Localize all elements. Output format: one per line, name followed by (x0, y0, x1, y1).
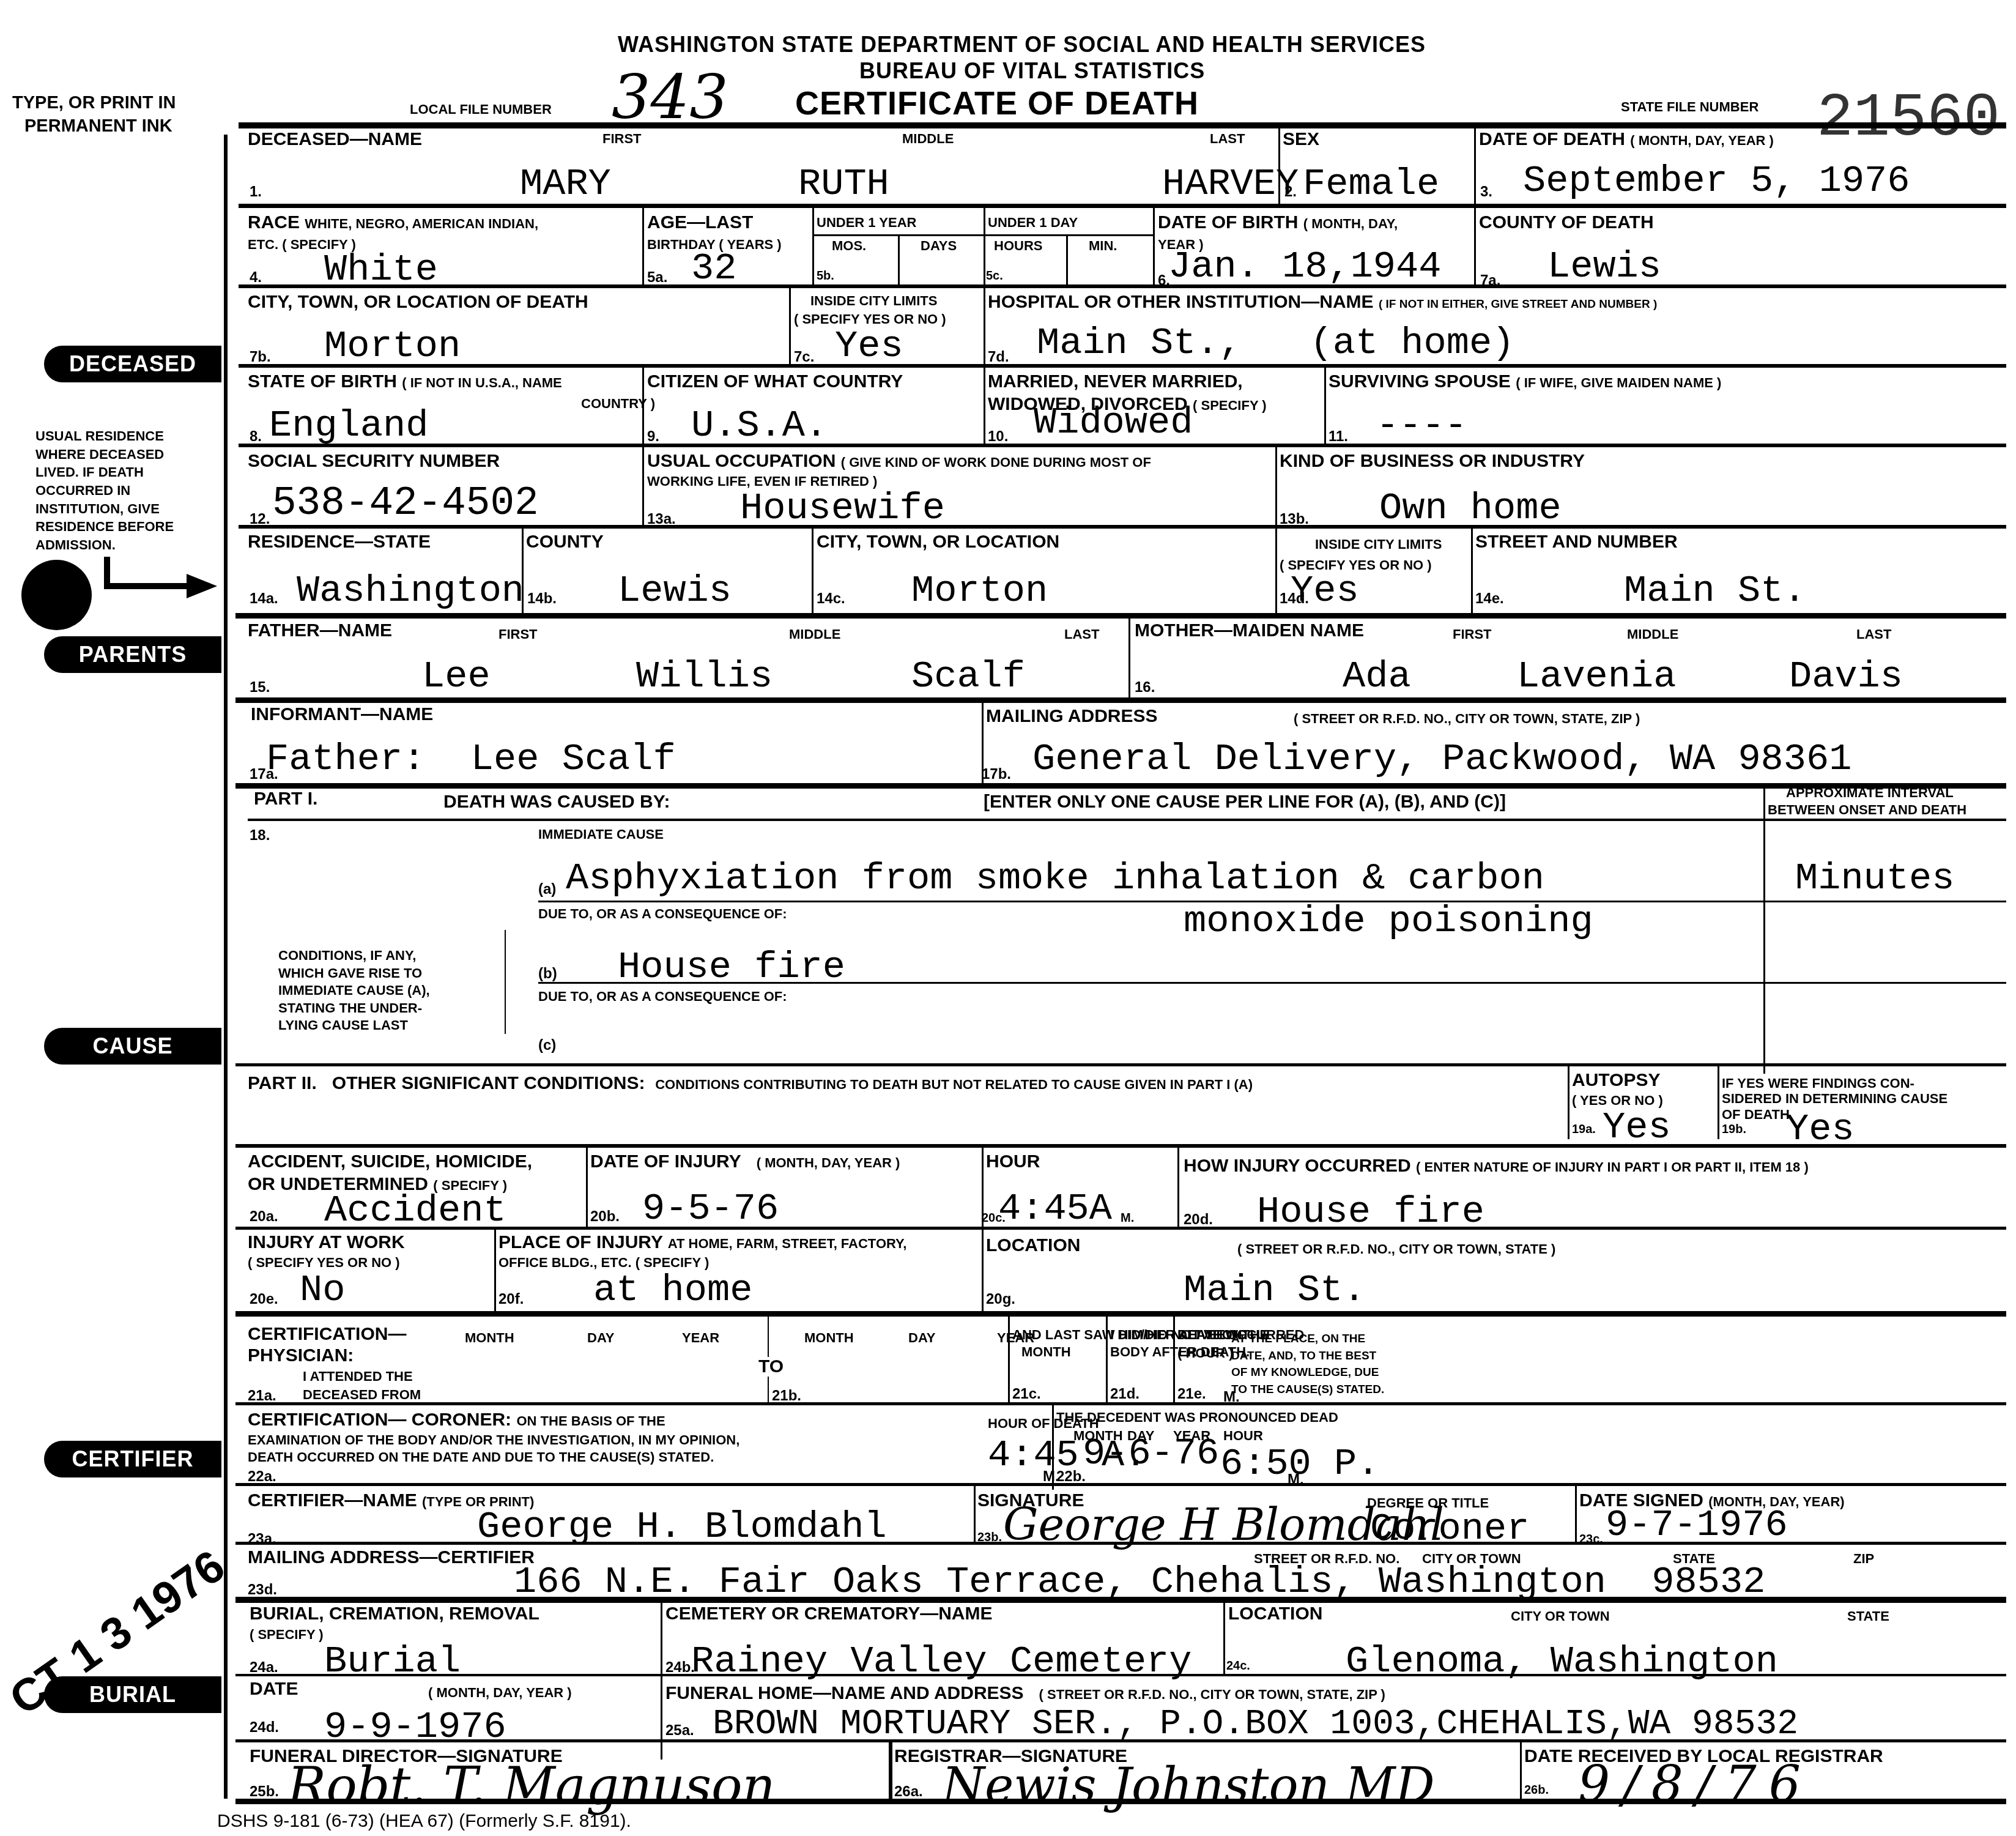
item-number: 8. (250, 428, 262, 445)
burial-location-label: LOCATION (1228, 1604, 1322, 1624)
item-number: 20b. (590, 1208, 620, 1225)
label-hint: ( SPECIFY ) (1193, 398, 1267, 413)
informant-mailing-address: General Delivery, Packwood, WA 98361 (1032, 740, 1851, 778)
marital-status: Widowed (1034, 404, 1193, 442)
deceased-from-label: DECEASED FROM (303, 1388, 421, 1402)
note-line: USUAL RESIDENCE (35, 427, 174, 445)
hospital-value: Main St., (at home) (1037, 324, 1514, 362)
part-2-label: PART II. OTHER SIGNIFICANT CONDITIONS: C… (248, 1074, 1253, 1093)
middle-label: MIDDLE (902, 132, 954, 146)
note-line: INSTITUTION, GIVE (35, 500, 174, 518)
age-label: AGE—LAST (647, 213, 753, 232)
label-text: DATE OF BIRTH (1158, 212, 1298, 232)
item-number: 2. (1284, 184, 1297, 201)
item-number: 4. (250, 269, 262, 286)
label-hint: ( MONTH, DAY, YEAR ) (1630, 133, 1774, 148)
item-number: 24c. (1226, 1659, 1250, 1673)
funeral-home-label: FUNERAL HOME—NAME AND ADDRESS ( STREET O… (665, 1684, 1385, 1703)
cause-a: Asphyxiation from smoke inhalation & car… (566, 860, 1544, 898)
injury-hour-label: HOUR (986, 1152, 1040, 1172)
marital-label: MARRIED, NEVER MARRIED, (988, 372, 1243, 392)
injury-at-work-label: INJURY AT WORK (248, 1233, 405, 1252)
coroner-cert-label: CERTIFICATION— CORONER: ON THE BASIS OF … (248, 1410, 665, 1430)
instruction-line: PERMANENT INK (12, 115, 176, 138)
tab-cause: CAUSE (44, 1028, 221, 1065)
cause-b: House fire (618, 948, 845, 986)
date-received: 9/8/76 (1578, 1756, 1813, 1814)
mother-name-label: MOTHER—MAIDEN NAME (1135, 621, 1364, 641)
father-name-label: FATHER—NAME (248, 621, 392, 641)
item-number: 7b. (250, 349, 271, 366)
informant-mailing-label: MAILING ADDRESS (986, 707, 1158, 726)
item-number: 20f. (498, 1291, 524, 1308)
item-number: 5a. (647, 269, 667, 286)
cause-c-marker: (c) (538, 1037, 556, 1054)
item-number: 26b. (1524, 1783, 1549, 1797)
note-line: ADMISSION. (35, 536, 174, 554)
conditions-note: CONDITIONS, IF ANY, WHICH GAVE RISE TO I… (278, 947, 430, 1035)
father-last: Scalf (911, 658, 1025, 696)
middle-label: MIDDLE (1627, 627, 1678, 641)
punch-hole-marker (21, 560, 92, 630)
note-line: IMMEDIATE CAUSE (a), (278, 982, 430, 1000)
item-number: 15. (250, 679, 270, 696)
sex-label: SEX (1283, 130, 1319, 149)
note-line: RESIDENCE BEFORE (35, 518, 174, 536)
surviving-spouse: ---- (1376, 407, 1467, 445)
label-text: USUAL OCCUPATION (647, 451, 836, 471)
certifier-mailing-label: MAILING ADDRESS—CERTIFIER (248, 1548, 535, 1567)
item-number: 14b. (527, 590, 557, 608)
item-number: 9. (647, 428, 659, 445)
tab-certifier: CERTIFIER (44, 1441, 221, 1477)
last-label: LAST (1856, 627, 1891, 641)
months-label: MOS. (832, 239, 866, 253)
autopsy-label: AUTOPSY (1572, 1071, 1660, 1090)
interval-label: APPROXIMATE INTERVAL (1786, 786, 1954, 800)
residence-street-label: STREET AND NUMBER (1475, 532, 1678, 552)
item-number: 5c. (986, 269, 1003, 283)
under-1-year-label: UNDER 1 YEAR (817, 215, 916, 229)
city-of-death-label: CITY, TOWN, OR LOCATION OF DEATH (248, 292, 588, 312)
middle-label: MIDDLE (789, 627, 840, 641)
father-first: Lee (422, 658, 491, 696)
label-text: DATE OF INJURY (590, 1151, 741, 1172)
how-injury-value: House fire (1257, 1193, 1484, 1231)
note-line: WHICH GAVE RISE TO (278, 965, 430, 983)
tab-deceased: DECEASED (44, 346, 221, 382)
injury-location: Main St. (1184, 1271, 1366, 1309)
disposition-label: BURIAL, CREMATION, REMOVAL (250, 1604, 539, 1624)
label-text: OTHER SIGNIFICANT CONDITIONS: (332, 1073, 645, 1093)
informant-label: INFORMANT—NAME (251, 705, 433, 724)
month-label: MONTH (804, 1331, 854, 1345)
due-to-label: DUE TO, OR AS A CONSEQUENCE OF: (538, 989, 787, 1003)
label-hint: CITY OR TOWN (1511, 1609, 1610, 1623)
label-text: HOW INJURY OCCURRED (1184, 1156, 1411, 1176)
label-text: SIDERED IN DETERMINING CAUSE (1722, 1091, 1947, 1106)
item-number: 16. (1135, 679, 1155, 696)
coroner-text: DEATH OCCURRED ON THE DATE AND DUE TO TH… (248, 1450, 714, 1464)
label-hint: ( MONTH, DAY, (1303, 216, 1398, 231)
label-hint: ( STREET OR R.F.D. NO., CITY OR TOWN, ST… (1237, 1242, 1555, 1256)
manner-value: Accident (324, 1192, 506, 1230)
physician-cert-label: CERTIFICATION— (248, 1325, 406, 1344)
month-label: MONTH (465, 1331, 514, 1345)
residence-city-label: CITY, TOWN, OR LOCATION (817, 532, 1059, 552)
date-of-birth: Jan. 18,1944 (1168, 248, 1441, 286)
race-label: RACE WHITE, NEGRO, AMERICAN INDIAN, (248, 213, 538, 232)
cause-statement: AT THE PLACE, ON THE DATE, AND, TO THE B… (1231, 1331, 1384, 1398)
autopsy-value: Yes (1603, 1109, 1671, 1147)
date-of-death: September 5, 1976 (1523, 162, 1910, 200)
label-hint: ( ENTER NATURE OF INJURY IN PART I OR PA… (1416, 1159, 1809, 1175)
dob-label: DATE OF BIRTH ( MONTH, DAY, (1158, 213, 1398, 232)
interval-a: Minutes (1795, 860, 1954, 898)
last-label: LAST (1210, 132, 1245, 146)
item-number: 19a. (1572, 1123, 1596, 1137)
note-line: WHERE DECEASED (35, 445, 174, 464)
spouse-label: SURVIVING SPOUSE ( IF WIFE, GIVE MAIDEN … (1329, 372, 1721, 392)
bureau-title: BUREAU OF VITAL STATISTICS (859, 58, 1205, 84)
label-text: CERTIFICATION— CORONER: (248, 1410, 511, 1430)
injury-date: 9-5-76 (642, 1190, 779, 1228)
item-number: 21d. (1110, 1386, 1140, 1403)
label-hint: CONDITIONS CONTRIBUTING TO DEATH BUT NOT… (655, 1077, 1253, 1092)
due-to-label: DUE TO, OR AS A CONSEQUENCE OF: (538, 907, 787, 921)
sex-value: Female (1303, 165, 1439, 203)
statement-line: AT THE PLACE, ON THE (1231, 1331, 1384, 1348)
injury-at-work: No (300, 1271, 345, 1309)
informant-value: Father: Lee Scalf (266, 740, 676, 778)
residence-inside-city-label: INSIDE CITY LIMITS (1315, 537, 1442, 551)
birthplace-label: STATE OF BIRTH ( IF NOT IN U.S.A., NAME (248, 372, 562, 392)
cause-a-continued: monoxide poisoning (1184, 902, 1593, 940)
first-label: FIRST (1453, 627, 1492, 641)
label-hint: ( GIVE KIND OF WORK DONE DURING MOST OF (841, 455, 1151, 470)
coroner-text: EXAMINATION OF THE BODY AND/OR THE INVES… (248, 1433, 739, 1447)
item-number: 17b. (982, 766, 1011, 783)
label-text: SURVIVING SPOUSE (1329, 371, 1511, 392)
occupation-label: USUAL OCCUPATION ( GIVE KIND OF WORK DON… (647, 452, 1151, 471)
label-hint: ( MONTH, DAY, YEAR ) (428, 1685, 572, 1700)
ssn-label: SOCIAL SECURITY NUMBER (248, 452, 500, 471)
to-label: TO (758, 1357, 784, 1377)
certifier-mailing-address: 166 N.E. Fair Oaks Terrace, Chehalis, Wa… (514, 1563, 1765, 1601)
business-label: KIND OF BUSINESS OR INDUSTRY (1280, 452, 1585, 471)
label-hint: ( IF NOT IN EITHER, GIVE STREET AND NUMB… (1379, 298, 1657, 311)
label-hint: ( IF NOT IN U.S.A., NAME (402, 375, 562, 390)
caused-by-label: DEATH WAS CAUSED BY: (443, 792, 670, 812)
ssn-value: 538-42-4502 (272, 483, 539, 524)
item-number: 14e. (1475, 590, 1504, 608)
item-number: 25a. (665, 1722, 694, 1739)
note-line: CONDITIONS, IF ANY, (278, 947, 430, 965)
label-hint: ( IF WIFE, GIVE MAIDEN NAME ) (1516, 375, 1721, 390)
note-line: LIVED. IF DEATH (35, 463, 174, 481)
label-hint: OFFICE BLDG., ETC. ( SPECIFY ) (498, 1255, 709, 1269)
place-of-injury-label: PLACE OF INJURY AT HOME, FARM, STREET, F… (498, 1233, 906, 1252)
manner-label: ACCIDENT, SUICIDE, HOMICIDE, (248, 1152, 532, 1172)
findings-value: Yes (1786, 1110, 1855, 1148)
pronounced-dead-label: THE DECEDENT WAS PRONOUNCED DEAD (1056, 1410, 1338, 1424)
label-hint: ( SPECIFY ) (250, 1627, 324, 1641)
label-text: CERTIFIER—NAME (248, 1490, 417, 1511)
label-hint: WHITE, NEGRO, AMERICAN INDIAN, (305, 216, 538, 231)
label-text: FUNERAL HOME—NAME AND ADDRESS (665, 1683, 1024, 1703)
label-text: PLACE OF INJURY (498, 1232, 662, 1252)
tab-parents: PARENTS (44, 636, 221, 673)
state-of-birth: England (269, 407, 428, 445)
date-signed: 9-7-1976 (1606, 1506, 1788, 1544)
residence-county-label: COUNTY (526, 532, 604, 552)
statement-line: DATE, AND, TO THE BEST (1231, 1348, 1384, 1365)
label-hint: ON THE BASIS OF THE (516, 1413, 665, 1429)
residence-state-label: RESIDENCE—STATE (248, 532, 431, 552)
certificate-title: CERTIFICATE OF DEATH (795, 84, 1199, 122)
am-pm-suffix: M. (1121, 1211, 1134, 1225)
item-number: 1. (250, 184, 262, 201)
injury-date-label: DATE OF INJURY ( MONTH, DAY, YEAR ) (590, 1152, 900, 1172)
note-line: OCCURRED IN (35, 481, 174, 500)
label-hint: ( MONTH, DAY, YEAR ) (757, 1155, 900, 1170)
under-1-day-label: UNDER 1 DAY (988, 215, 1078, 229)
deceased-name-label: DECEASED—NAME (248, 130, 422, 149)
residence-note: USUAL RESIDENCE WHERE DECEASED LIVED. IF… (35, 427, 174, 554)
inside-city-value: Yes (835, 327, 903, 365)
residence-street: Main St. (1624, 572, 1806, 610)
label-hint: ( SPECIFY YES OR NO ) (248, 1255, 400, 1269)
part-1-label: PART I. (254, 789, 317, 809)
item-number: 14a. (250, 590, 278, 608)
cause-a-marker: (a) (538, 881, 556, 898)
dod-label: DATE OF DEATH ( MONTH, DAY, YEAR ) (1479, 130, 1774, 149)
item-number: 20e. (250, 1291, 278, 1308)
mother-first: Ada (1343, 658, 1411, 696)
cemetery-label: CEMETERY OR CREMATORY—NAME (665, 1604, 992, 1624)
place-of-injury: at home (593, 1271, 752, 1309)
item-number: 20g. (986, 1291, 1015, 1308)
item-number: 3. (1480, 184, 1492, 201)
city-of-death: Morton (324, 327, 461, 365)
item-number: 18. (250, 827, 270, 844)
item-number: 21e. (1177, 1386, 1206, 1403)
item-number: 7d. (988, 349, 1009, 366)
hours-label: HOURS (994, 239, 1042, 253)
days-label: DAYS (921, 239, 957, 253)
cause-b-marker: (b) (538, 965, 557, 983)
county-of-death: Lewis (1547, 248, 1661, 286)
state-file-label: STATE FILE NUMBER (1621, 100, 1758, 114)
item-number: 24d. (250, 1719, 279, 1736)
ink-instruction: TYPE, OR PRINT IN PERMANENT INK (12, 92, 176, 138)
label-text: RACE (248, 212, 300, 232)
label-text: DATE OF DEATH (1479, 129, 1625, 149)
inside-city-label: INSIDE CITY LIMITS (810, 294, 937, 308)
age-value: 32 (691, 250, 736, 288)
statement-line: TO THE CAUSE(S) STATED. (1231, 1381, 1384, 1399)
first-label: FIRST (498, 627, 538, 641)
one-cause-instruction: [ENTER ONLY ONE CAUSE PER LINE FOR (a), … (984, 792, 1506, 812)
label-hint: AT HOME, FARM, STREET, FACTORY, (668, 1236, 907, 1251)
funeral-director-signature: Robt. T. Magnuson (287, 1756, 776, 1816)
registrar-signature: Newis Johnston MD (942, 1757, 1435, 1814)
minutes-label: MIN. (1089, 239, 1117, 253)
item-number: 26a. (894, 1783, 923, 1801)
certifier-name: George H. Blomdahl (477, 1508, 887, 1546)
state-file-number: 21560 (1817, 89, 2000, 150)
label-text: IF YES WERE FINDINGS CON- (1722, 1076, 1947, 1091)
label-text: HOSPITAL OR OTHER INSTITUTION—NAME (988, 292, 1374, 312)
item-number: 11. (1329, 428, 1348, 445)
item-number: 25b. (250, 1783, 279, 1801)
label-hint: ( STREET OR R.F.D. NO., CITY OR TOWN, ST… (1294, 712, 1640, 726)
residence-state: Washington (297, 572, 524, 610)
instruction-line: TYPE, OR PRINT IN (12, 92, 176, 115)
citizen-label: CITIZEN OF WHAT COUNTRY (647, 372, 903, 392)
citizenship-value: U.S.A. (691, 407, 828, 445)
item-number: 14c. (817, 590, 845, 608)
burial-date-label: DATE (250, 1679, 298, 1699)
pronounced-date: 9-6-76 (1083, 1435, 1219, 1473)
immediate-cause-label: IMMEDIATE CAUSE (538, 827, 664, 841)
interval-label-2: BETWEEN ONSET AND DEATH (1768, 803, 1966, 817)
item-number: 19b. (1722, 1123, 1746, 1137)
item-number: 7c. (794, 349, 814, 366)
day-label: DAY (908, 1331, 935, 1345)
year-label: YEAR (682, 1331, 719, 1345)
arrow-icon (101, 557, 223, 609)
label-text: PART II. (248, 1073, 317, 1093)
item-number: 21c. (1012, 1386, 1041, 1403)
residence-county: Lewis (618, 572, 732, 610)
item-number: 23d. (248, 1581, 277, 1599)
injury-location-label: LOCATION (986, 1236, 1080, 1255)
funeral-home-value: BROWN MORTUARY SER., P.O.BOX 1003,CHEHAL… (713, 1707, 1798, 1742)
deceased-first-name: MARY (520, 165, 611, 203)
item-number: 23a. (248, 1531, 276, 1548)
statement-line: OF MY KNOWLEDGE, DUE (1231, 1364, 1384, 1381)
physician-label: PHYSICIAN: (248, 1346, 354, 1366)
deceased-middle-name: RUTH (798, 165, 889, 203)
race-value: White (324, 251, 438, 289)
item-number: 5b. (817, 269, 834, 283)
note-line: STATING THE UNDER- (278, 1000, 430, 1017)
attended-label: I ATTENDED THE (303, 1369, 413, 1383)
item-number: 20d. (1184, 1211, 1213, 1228)
hour-label: HOUR (1223, 1429, 1263, 1443)
label-hint: ( STREET OR R.F.D. NO., CITY OR TOWN, ST… (1039, 1687, 1385, 1702)
note-line: LYING CAUSE LAST (278, 1017, 430, 1035)
father-middle: Willis (636, 658, 773, 696)
hospital-label: HOSPITAL OR OTHER INSTITUTION—NAME ( IF … (988, 292, 1657, 312)
label-hint: ( HOUR ) (1177, 1346, 1234, 1360)
mother-last: Davis (1789, 658, 1903, 696)
residence-inside-city: Yes (1291, 572, 1359, 610)
county-label: COUNTY OF DEATH (1479, 213, 1654, 232)
label-hint: STATE (1847, 1609, 1889, 1623)
label-hint: ZIP (1853, 1552, 1874, 1566)
item-number: 20a. (250, 1208, 278, 1225)
first-label: FIRST (602, 132, 642, 146)
form-footer: DSHS 9-181 (6-73) (HEA 67) (Formerly S.F… (217, 1811, 631, 1832)
label-text: STATE OF BIRTH (248, 371, 397, 392)
occupation-value: Housewife (740, 489, 945, 527)
mother-middle: Lavenia (1517, 658, 1676, 696)
injury-hour: 4:45A (998, 1190, 1112, 1228)
business-value: Own home (1379, 489, 1562, 527)
last-label: LAST (1064, 627, 1099, 641)
day-label: DAY (587, 1331, 614, 1345)
month-label: MONTH (1021, 1345, 1071, 1359)
local-file-label: LOCAL FILE NUMBER (410, 102, 552, 116)
agency-title: WASHINGTON STATE DEPARTMENT OF SOCIAL AN… (618, 32, 1426, 58)
residence-city: Morton (911, 572, 1048, 610)
how-injury-label: HOW INJURY OCCURRED ( ENTER NATURE OF IN… (1184, 1156, 1809, 1176)
item-number: 10. (988, 428, 1008, 445)
